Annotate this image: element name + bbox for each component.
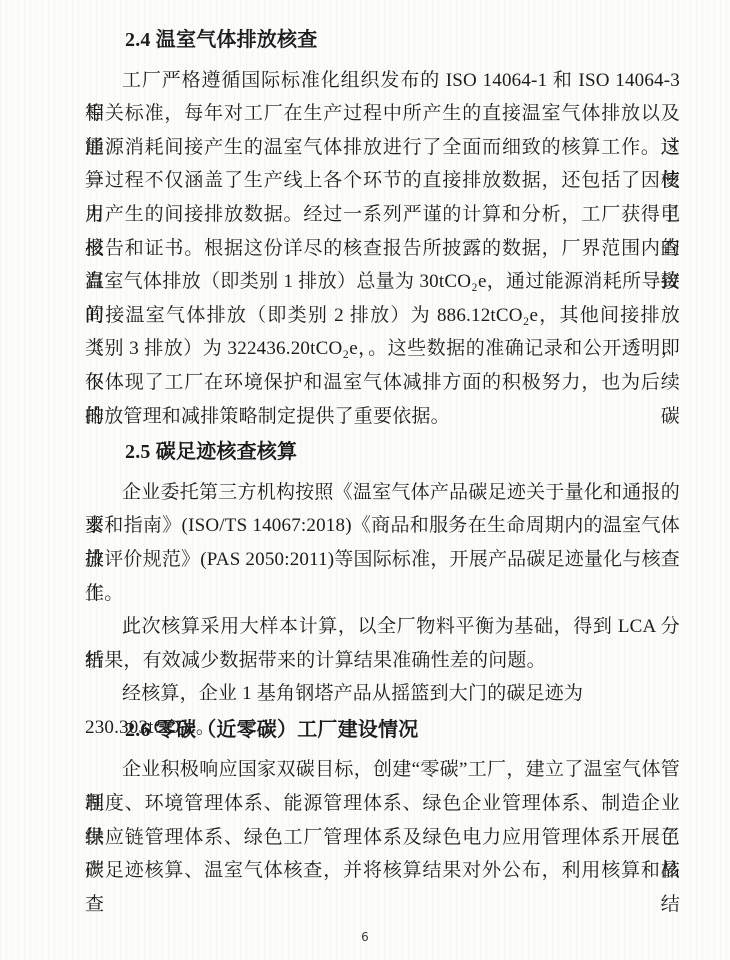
text-line: 此次核算采用大样本计算，以全厂物料平衡为基础，得到 LCA 分析 — [85, 610, 680, 644]
text-line: 力产生的间接排放数据。经过一系列严谨的计算和分析，工厂获得了核查 — [85, 198, 680, 232]
text-line: 能源消耗间接产生的温室气体排放进行了全面而细致的核算工作。这一核 — [85, 131, 680, 165]
text-line: 作。 — [85, 577, 680, 611]
text-line: 温室气体排放（即类别 1 排放）总量为 30tCO₂e，通过能源消耗所导致的 — [85, 265, 680, 299]
text-line: 碳足迹核算、温室气体核查，并将核算结果对外公布，利用核算和核查结 — [85, 854, 680, 888]
text-line: 类别 3 排放）为 322436.20tCO₂e，。这些数据的准确记录和公开透明… — [85, 332, 680, 366]
text-line: 企业积极响应国家双碳目标，创建“零碳”工厂，建立了温室气体管理 — [85, 753, 680, 787]
page-number: 6 — [361, 930, 369, 944]
text-line: 企业委托第三方机构按照《温室气体产品碳足迹关于量化和通报的要 — [85, 476, 680, 510]
text-line: 仅体现了工厂在环境保护和温室气体减排方面的积极努力，也为后续的碳 — [85, 366, 680, 400]
document-content: 2.4 温室气体排放核查工厂严格遵循国际标准化组织发布的 ISO 14064-1… — [0, 0, 730, 888]
section-heading: 2.4 温室气体排放核查 — [85, 24, 680, 58]
text-line: 供应链管理体系、绿色工厂管理体系及绿色电力应用管理体系开展了产品 — [85, 821, 680, 855]
text-line: 相关标准，每年对工厂在生产过程中所产生的直接温室气体排放以及通过 — [85, 97, 680, 131]
text-line: 间接温室气体排放（即类别 2 排放）为 886.12tCO₂e，其他间接排放（即 — [85, 299, 680, 333]
document-page: 2.4 温室气体排放核查工厂严格遵循国际标准化组织发布的 ISO 14064-1… — [0, 0, 730, 960]
text-line: 求和指南》(ISO/TS 14067:2018)《商品和服务在生命周期内的温室气… — [85, 509, 680, 543]
section-heading: 2.6 零碳（近零碳）工厂建设情况 — [85, 714, 680, 748]
text-line: 经核算，企业 1 基角钢塔产品从摇篮到大门的碳足迹为 230.303tCO₂e。 — [85, 677, 680, 711]
text-line: 工厂严格遵循国际标准化组织发布的 ISO 14064-1 和 ISO 14064… — [85, 64, 680, 98]
page-footer: 6 — [0, 930, 730, 944]
section-heading: 2.5 碳足迹核查核算 — [85, 436, 680, 470]
text-line: 放评价规范》(PAS 2050:2011)等国际标准，开展产品碳足迹量化与核查工 — [85, 543, 680, 577]
text-line: 报告和证书。根据这份详尽的核查报告所披露的数据，厂界范围内的直接 — [85, 232, 680, 266]
text-line: 制度、环境管理体系、能源管理体系、绿色企业管理体系、制造企业绿色 — [85, 787, 680, 821]
text-line: 算过程不仅涵盖了生产线上各个环节的直接排放数据，还包括了因使用电 — [85, 164, 680, 198]
text-line: 结果，有效减少数据带来的计算结果准确性差的问题。 — [85, 644, 680, 678]
